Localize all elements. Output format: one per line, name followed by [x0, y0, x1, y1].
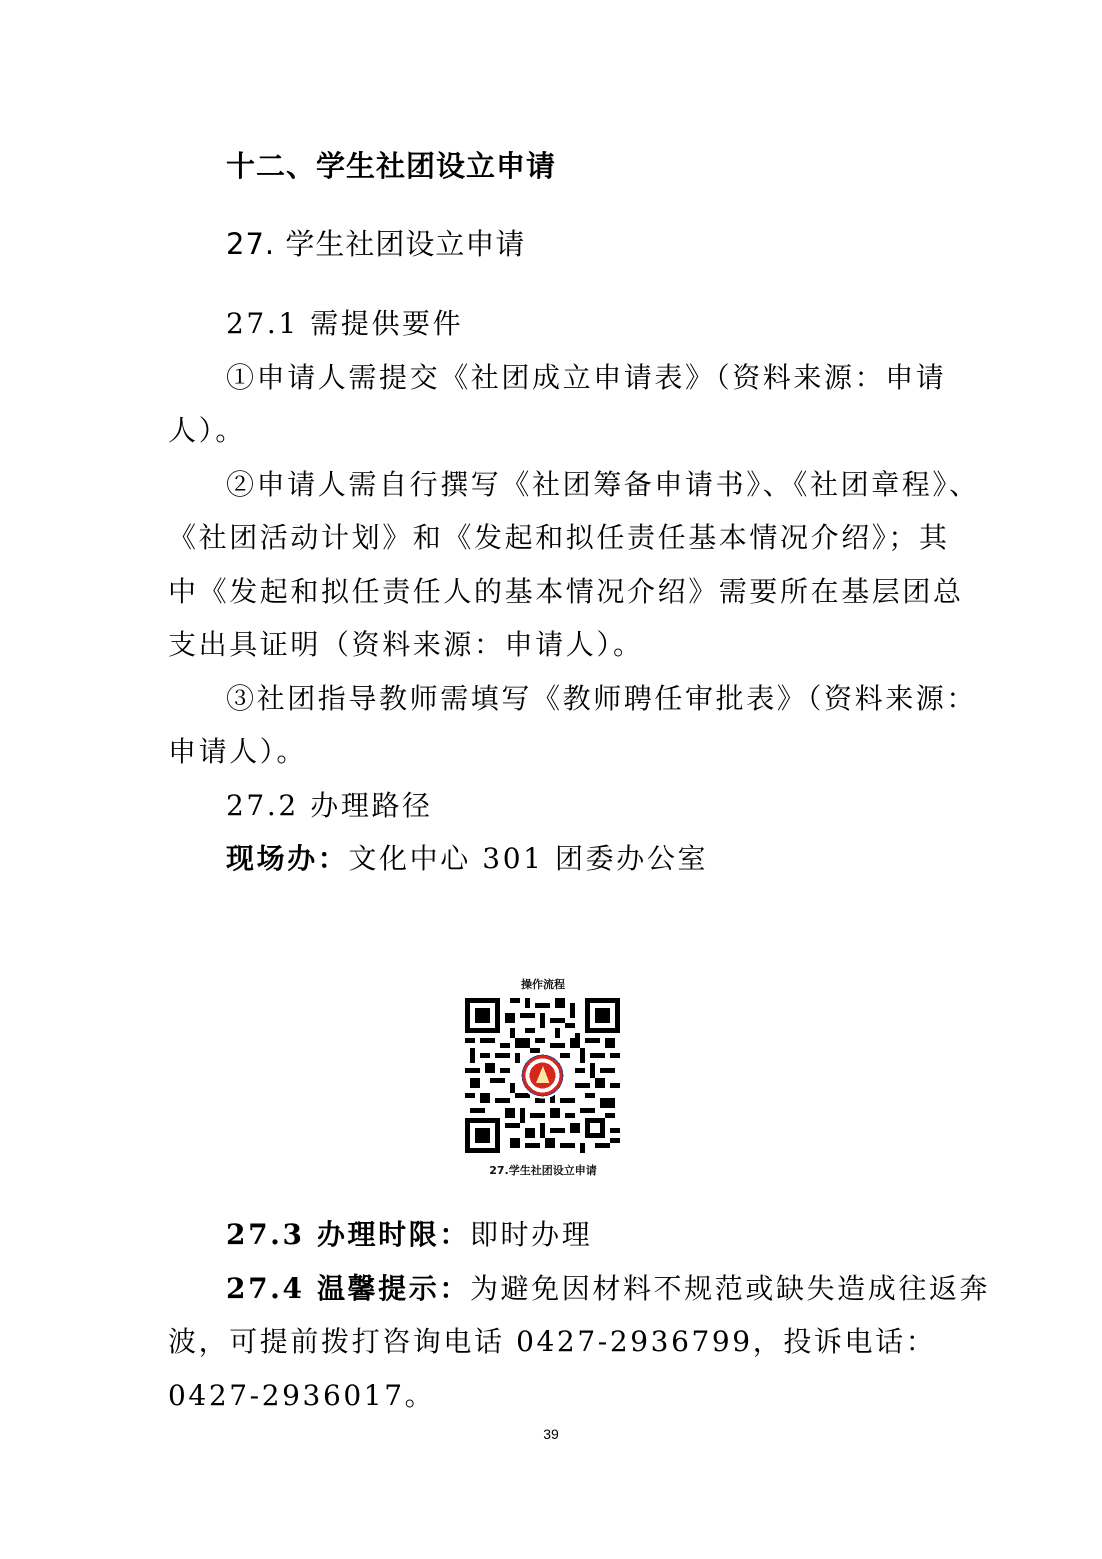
tips-label: 27.4 温馨提示：: [226, 1272, 470, 1305]
tips-line-1: 27.4 温馨提示：为避免因材料不规范或缺失造成往返奔: [226, 1271, 990, 1307]
onsite-path: 现场办：文化中心 301 团委办公室: [226, 841, 708, 877]
requirement-1-line-1: ①申请人需提交《社团成立申请表》（资料来源：申请: [226, 360, 946, 396]
tips-line-2: 波，可提前拨打咨询电话 0427-2936799，投诉电话：: [168, 1324, 936, 1360]
requirement-2-line-3: 中《发起和拟任责任人的基本情况介绍》需要所在基层团总: [168, 574, 964, 610]
page-number: 39: [0, 1426, 1102, 1442]
processing-time: 27.3 办理时限：即时办理: [226, 1217, 592, 1253]
requirement-1-line-2: 人）。: [168, 413, 246, 449]
document-page: 十二、学生社团设立申请 27. 学生社团设立申请 27.1 需提供要件 ①申请人…: [0, 0, 1102, 1559]
qr-title: 操作流程: [438, 976, 648, 992]
section-heading: 十二、学生社团设立申请: [226, 148, 556, 184]
requirement-3-line-2: 申请人）。: [168, 734, 307, 770]
requirement-2-line-4: 支出具证明（资料来源：申请人）。: [168, 627, 644, 663]
qr-code-icon: [465, 998, 620, 1153]
requirement-2-line-2: 《社团活动计划》和《发起和拟任责任基本情况介绍》；其: [168, 520, 950, 556]
onsite-location: 文化中心 301 团委办公室: [348, 842, 708, 875]
subsection-title-27-2: 27.2 办理路径: [226, 788, 433, 824]
tips-text: 为避免因材料不规范或缺失造成往返奔: [470, 1272, 990, 1305]
qr-caption: 27.学生社团设立申请: [438, 1162, 648, 1178]
processing-time-label: 27.3 办理时限：: [226, 1218, 470, 1251]
processing-time-value: 即时办理: [470, 1218, 592, 1251]
qr-code-panel: 操作流程: [438, 970, 648, 1184]
tips-line-3: 0427-2936017。: [168, 1378, 435, 1414]
requirement-2-line-1: ②申请人需自行撰写《社团筹备申请书》、《社团章程》、: [226, 467, 980, 503]
subsection-title-27-1: 27.1 需提供要件: [226, 306, 463, 342]
item-heading: 27. 学生社团设立申请: [226, 226, 525, 262]
requirement-3-line-1: ③社团指导教师需填写《教师聘任审批表》（资料来源：: [226, 681, 977, 717]
onsite-label: 现场办：: [226, 842, 348, 875]
